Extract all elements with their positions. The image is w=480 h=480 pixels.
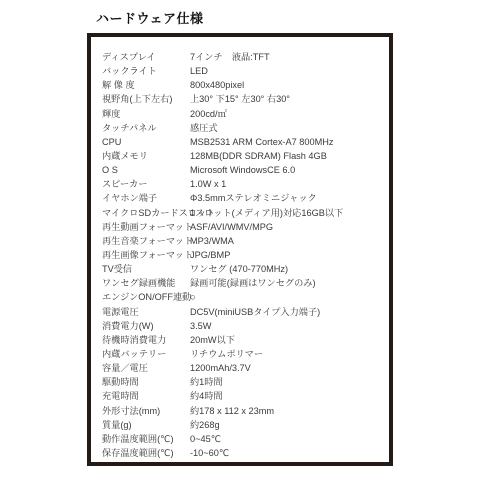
spec-value: Microsoft WindowsCE 6.0	[190, 163, 295, 177]
spec-label: 容量／電圧	[102, 361, 148, 375]
spec-label: 駆動時間	[102, 375, 139, 389]
spec-row: CPUMSB2531 ARM Cortex-A7 800MHz	[102, 135, 389, 149]
spec-label: 電源電圧	[102, 305, 139, 319]
spec-table-body: ディスプレイ7インチ 液晶:TFTバックライトLED解 像 度800x480pi…	[102, 50, 389, 460]
spec-value: 約268g	[190, 418, 220, 432]
spec-value: DC5V(miniUSBタイプ入力端子)	[190, 305, 320, 319]
spec-row: 再生動画フォーマットASF/AVI/WMV/MPG	[102, 220, 389, 234]
spec-label: スピーカー	[102, 177, 147, 191]
spec-label: 再生動画フォーマット	[102, 220, 193, 234]
spec-row: 内蔵バッテリーリチウムポリマー	[102, 347, 389, 361]
spec-table: ディスプレイ7インチ 液晶:TFTバックライトLED解 像 度800x480pi…	[87, 33, 393, 466]
spec-value: JPG/BMP	[190, 248, 230, 262]
spec-label: CPU	[102, 135, 121, 149]
spec-value: 20mW以下	[190, 333, 235, 347]
spec-value: 約178 x 112 x 23mm	[190, 404, 274, 418]
spec-value: 3.5W	[190, 319, 211, 333]
spec-row: 保存温度範囲(℃)-10~60℃	[102, 446, 389, 460]
spec-value: MSB2531 ARM Cortex-A7 800MHz	[190, 135, 333, 149]
spec-label: 輝度	[102, 107, 120, 121]
spec-value: LED	[190, 64, 208, 78]
spec-label: 内蔵メモリ	[102, 149, 148, 163]
spec-row: 再生画像フォーマットJPG/BMP	[102, 248, 389, 262]
spec-value: 0~45℃	[190, 432, 221, 446]
spec-value: MP3/WMA	[190, 234, 234, 248]
spec-row: 再生音楽フォーマットMP3/WMA	[102, 234, 389, 248]
spec-value: 約1時間	[190, 375, 223, 389]
spec-row: ワンセグ録画機能録画可能(録画はワンセグのみ)	[102, 276, 389, 290]
spec-value: ワンセグ (470-770MHz)	[190, 262, 288, 276]
spec-row: バックライトLED	[102, 64, 389, 78]
spec-row: 輝度200cd/㎡	[102, 107, 389, 121]
spec-value: Φ3.5mmステレオミニジャック	[190, 191, 317, 205]
spec-label: TV受信	[102, 262, 132, 276]
spec-row: TV受信ワンセグ (470-770MHz)	[102, 262, 389, 276]
spec-value: 7インチ 液晶:TFT	[190, 50, 270, 64]
spec-value: -10~60℃	[190, 446, 229, 460]
spec-row: マイクロSDカードスロット1スロット(メディア用)対応16GB以下	[102, 206, 389, 220]
spec-label: エンジンON/OFF連動	[102, 290, 191, 304]
spec-value: 200cd/㎡	[190, 107, 227, 121]
spec-label: 待機時消費電力	[102, 333, 166, 347]
spec-value: 128MB(DDR SDRAM) Flash 4GB	[190, 149, 327, 163]
spec-label: 再生画像フォーマット	[102, 248, 193, 262]
spec-label: タッチパネル	[102, 121, 157, 135]
spec-row: 視野角(上下左右)上30° 下15° 左30° 右30°	[102, 92, 389, 106]
spec-row: 内蔵メモリ128MB(DDR SDRAM) Flash 4GB	[102, 149, 389, 163]
spec-label: ワンセグ録画機能	[102, 276, 176, 290]
spec-value: 1.0W x 1	[190, 177, 226, 191]
spec-value: 800x480pixel	[190, 78, 244, 92]
spec-label: 質量(g)	[102, 418, 132, 432]
spec-row: ディスプレイ7インチ 液晶:TFT	[102, 50, 389, 64]
page-title: ハードウェア仕様	[96, 8, 203, 27]
spec-label: 消費電力(W)	[102, 319, 154, 333]
spec-label: バックライト	[102, 64, 157, 78]
spec-row: 解 像 度800x480pixel	[102, 78, 389, 92]
spec-row: 電源電圧DC5V(miniUSBタイプ入力端子)	[102, 305, 389, 319]
spec-row: 容量／電圧1200mAh/3.7V	[102, 361, 389, 375]
spec-label: 充電時間	[102, 389, 139, 403]
spec-label: 外形寸法(mm)	[102, 404, 160, 418]
spec-value: 約4時間	[190, 389, 223, 403]
spec-row: 動作温度範囲(℃)0~45℃	[102, 432, 389, 446]
spec-value: リチウムポリマー	[190, 347, 263, 361]
spec-value: 1200mAh/3.7V	[190, 361, 251, 375]
spec-row: 質量(g)約268g	[102, 418, 389, 432]
spec-label: 解 像 度	[102, 78, 135, 92]
spec-label: 内蔵バッテリー	[102, 347, 166, 361]
spec-label: 保存温度範囲(℃)	[102, 446, 174, 460]
spec-row: 待機時消費電力20mW以下	[102, 333, 389, 347]
spec-row: スピーカー1.0W x 1	[102, 177, 389, 191]
spec-row: エンジンON/OFF連動○	[102, 290, 389, 304]
spec-label: 動作温度範囲(℃)	[102, 432, 174, 446]
spec-row: タッチパネル感圧式	[102, 121, 389, 135]
spec-value: 上30° 下15° 左30° 右30°	[190, 92, 290, 106]
spec-value: 感圧式	[190, 121, 218, 135]
spec-row: O SMicrosoft WindowsCE 6.0	[102, 163, 389, 177]
spec-label: イヤホン端子	[102, 191, 157, 205]
spec-row: 外形寸法(mm)約178 x 112 x 23mm	[102, 404, 389, 418]
spec-row: 駆動時間約1時間	[102, 375, 389, 389]
spec-row: イヤホン端子Φ3.5mmステレオミニジャック	[102, 191, 389, 205]
spec-label: 視野角(上下左右)	[102, 92, 172, 106]
spec-value: 録画可能(録画はワンセグのみ)	[190, 276, 316, 290]
spec-row: 消費電力(W)3.5W	[102, 319, 389, 333]
spec-value: ASF/AVI/WMV/MPG	[190, 220, 273, 234]
spec-row: 充電時間約4時間	[102, 389, 389, 403]
spec-value: 1スロット(メディア用)対応16GB以下	[190, 206, 343, 220]
spec-value: ○	[190, 290, 196, 304]
spec-label: 再生音楽フォーマット	[102, 234, 193, 248]
spec-label: ディスプレイ	[102, 50, 156, 64]
spec-label: O S	[102, 163, 118, 177]
